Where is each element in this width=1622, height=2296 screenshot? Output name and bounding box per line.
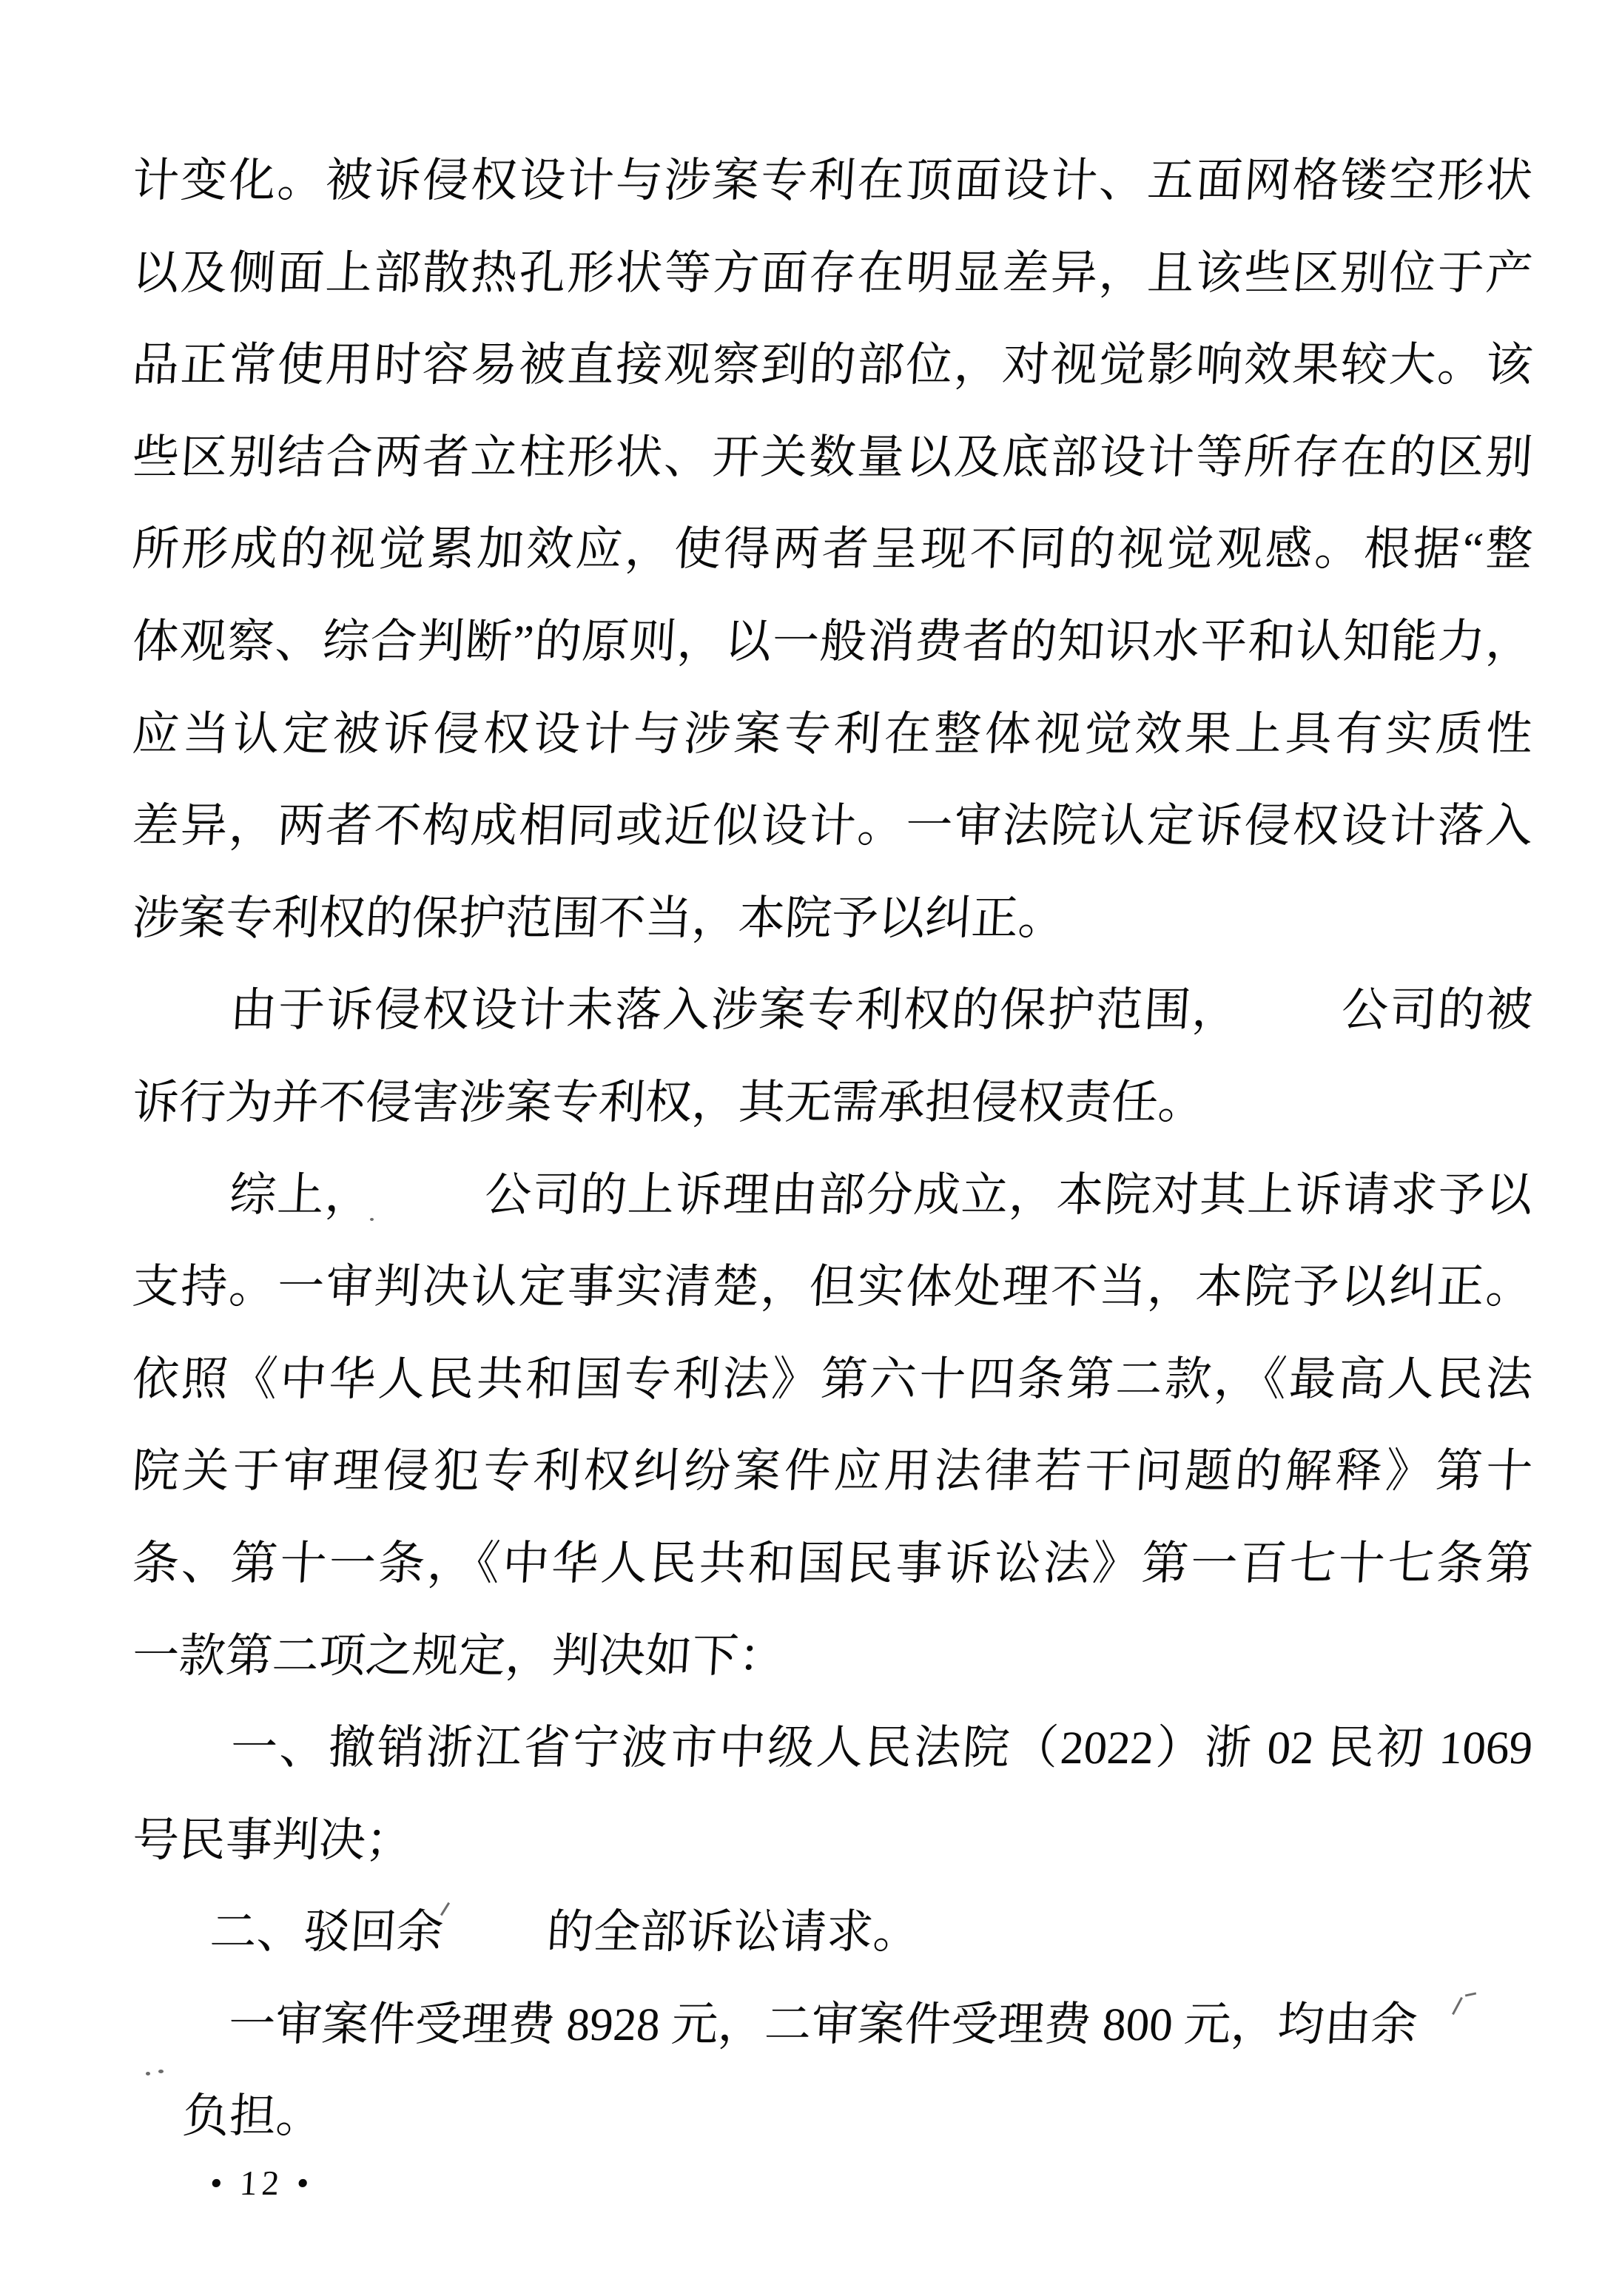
text-segment: 二、驳回余 (209, 1906, 445, 1958)
text-segment: 公司的上诉理由部分成立，本院对其上诉请求予以 (482, 1169, 1535, 1221)
text-line: 差异，两者不构成相同或近似设计。一审法院认定诉侵权设计落入 (129, 780, 1535, 872)
text-line: 条、第十一条，《中华人民共和国民事诉讼法》第一百七十七条第 (129, 1518, 1535, 1610)
text-segment: 应当认定被诉侵权设计与涉案专利在整体视觉效果上具有实质性 (131, 708, 1534, 760)
text-line: 由于诉侵权设计未落入涉案专利权的保护范围，公司的被 (129, 964, 1535, 1057)
text-segment: 支持。一审判决认定事实清楚，但实体处理不当，本院予以纠正。 (131, 1261, 1534, 1313)
text-line: 二、驳回余的全部诉讼请求。 (129, 1886, 1535, 1979)
text-line: 应当认定被诉侵权设计与涉案专利在整体视觉效果上具有实质性 (129, 688, 1535, 781)
text-line: 综上，公司的上诉理由部分成立，本院对其上诉请求予以 (129, 1149, 1535, 1242)
redaction-artifact (146, 2072, 150, 2076)
text-line: 以及侧面上部散热孔形状等方面存在明显差异，且该些区别位于产 (129, 227, 1535, 320)
text-segment: 综上， (227, 1169, 374, 1221)
text-line: 一、撤销浙江省宁波市中级人民法院（2022）浙 02 民初 1069 (129, 1702, 1535, 1794)
text-segment: 品正常使用时容易被直接观察到的部位，对视觉影响效果较大。该 (131, 339, 1534, 391)
redacted-leading-gap (132, 2131, 182, 2132)
text-line: 品正常使用时容易被直接观察到的部位，对视觉影响效果较大。该 (129, 319, 1535, 411)
text-segment: 所形成的视觉累加效应，使得两者呈现不同的视觉观感。根据“整 (131, 523, 1534, 575)
text-segment: 号民事判决； (131, 1814, 414, 1866)
paragraph-indent (132, 1763, 228, 1763)
text-segment: 以及侧面上部散热孔形状等方面存在明显差异，且该些区别位于产 (131, 247, 1534, 299)
text-segment: 公司的被 (1339, 984, 1534, 1036)
paragraph-indent (132, 1947, 209, 1947)
page-number: • 12 • (209, 2164, 314, 2204)
redaction-artifact (370, 1218, 374, 1221)
text-segment: 由于诉侵权设计未落入涉案专利权的保护范围， (227, 984, 1242, 1036)
text-segment: 条、第十一条，《中华人民共和国民事诉讼法》第一百七十七条第 (131, 1538, 1534, 1589)
text-line: 院关于审理侵犯专利权纠纷案件应用法律若干问题的解释》第十 (129, 1425, 1535, 1518)
text-segment: 的全部诉讼请求。 (545, 1906, 921, 1958)
text-line: 体观察、综合判断”的原则，以一般消费者的知识水平和认知能力， (129, 596, 1535, 688)
text-segment: 差异，两者不构成相同或近似设计。一审法院认定诉侵权设计落入 (131, 800, 1534, 852)
paragraph-indent (132, 1210, 228, 1211)
text-segment: 计变化。被诉侵权设计与涉案专利在顶面设计、五面网格镂空形状 (131, 155, 1534, 206)
text-line: 依照《中华人民共和国专利法》第六十四条第二款，《最高人民法 (129, 1333, 1535, 1426)
text-segment: 一、撤销浙江省宁波市中级人民法院（2022）浙 02 民初 1069 (227, 1722, 1534, 1774)
text-segment: 一款第二项之规定，判决如下： (131, 1630, 787, 1682)
text-segment: 些区别结合两者立柱形状、开关数量以及底部设计等所存在的区别 (131, 431, 1534, 483)
text-line: 号民事判决； (129, 1794, 1535, 1887)
text-segment: 依照《中华人民共和国专利法》第六十四条第二款，《最高人民法 (131, 1353, 1534, 1405)
redacted-company-name (371, 1210, 482, 1211)
text-segment: 院关于审理侵犯专利权纠纷案件应用法律若干问题的解释》第十 (131, 1445, 1534, 1497)
text-line: 一审案件受理费 8928 元，二审案件受理费 800 元，均由余 (129, 1979, 1535, 2071)
text-line: 计变化。被诉侵权设计与涉案专利在顶面设计、五面网格镂空形状 (129, 135, 1535, 227)
text-line: 诉行为并不侵害涉案专利权，其无需承担侵权责任。 (129, 1057, 1535, 1149)
text-block: 计变化。被诉侵权设计与涉案专利在顶面设计、五面网格镂空形状以及侧面上部散热孔形状… (132, 135, 1532, 2163)
text-line: 一款第二项之规定，判决如下： (129, 1610, 1535, 1703)
redaction-artifact (158, 2070, 164, 2073)
text-segment: 涉案专利权的保护范围不当，本院予以纠正。 (131, 892, 1066, 944)
text-line: 支持。一审判决认定事实清楚，但实体处理不当，本院予以纠正。 (129, 1241, 1535, 1333)
text-segment: 体观察、综合判断”的原则，以一般消费者的知识水平和认知能力， (131, 616, 1534, 667)
text-segment: 负担。 (181, 2090, 324, 2142)
paragraph-indent (132, 2039, 228, 2040)
redacted-person-name (442, 1947, 546, 1947)
paragraph-indent (132, 1025, 228, 1026)
text-line: 涉案专利权的保护范围不当，本院予以纠正。 (129, 872, 1535, 965)
text-segment: 诉行为并不侵害涉案专利权，其无需承担侵权责任。 (131, 1077, 1206, 1128)
judgment-page: 计变化。被诉侵权设计与涉案专利在顶面设计、五面网格镂空形状以及侧面上部散热孔形状… (0, 0, 1622, 2296)
text-line: 些区别结合两者立柱形状、开关数量以及底部设计等所存在的区别 (129, 411, 1535, 504)
text-segment: 一审案件受理费 8928 元，二审案件受理费 800 元，均由余 (227, 1999, 1419, 2050)
text-line: 所形成的视觉累加效应，使得两者呈现不同的视觉观感。根据“整 (129, 503, 1535, 596)
redacted-company-name (1239, 1025, 1339, 1026)
text-line: 负担。 (129, 2070, 1535, 2163)
